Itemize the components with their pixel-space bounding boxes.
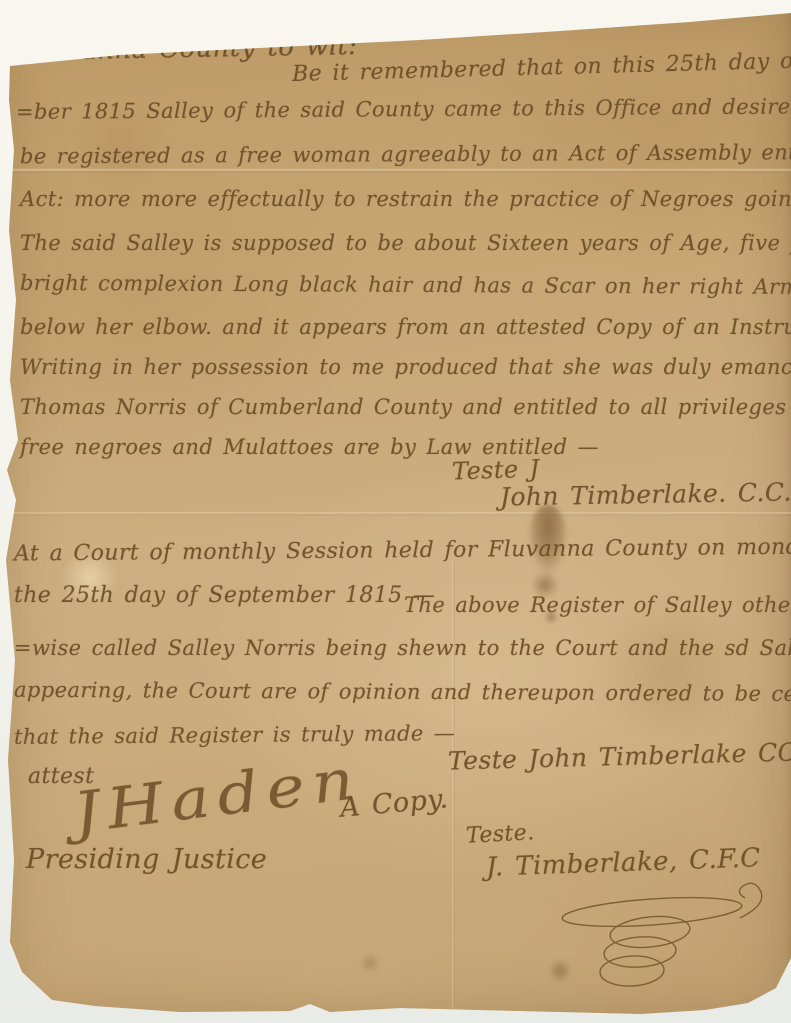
fold-crease — [452, 560, 455, 1020]
manuscript-line: be registered as a free woman agreeably … — [20, 140, 791, 169]
justice-signature: JHaden — [70, 747, 365, 847]
fold-crease — [0, 168, 791, 173]
teste-signature: Teste John Timberlake CC — [448, 737, 791, 775]
fold-crease — [0, 512, 791, 516]
scanned-document-page: Fluvanna County to wit: Be it remembered… — [0, 0, 791, 1023]
clerk-signature: John Timberlake. C.C. — [500, 477, 791, 511]
paper-sheet: Fluvanna County to wit: Be it remembered… — [0, 0, 791, 1023]
manuscript-line: appearing, the Court are of opinion and … — [14, 678, 791, 706]
teste-label: Teste J — [452, 454, 540, 485]
manuscript-line: The said Salley is supposed to be about … — [20, 231, 791, 255]
manuscript-line: Act: more more effectually to restrain t… — [20, 187, 791, 211]
manuscript-line: The above Register of Salley other= — [404, 593, 791, 617]
manuscript-line: that the said Register is truly made — — [14, 721, 455, 749]
manuscript-line: Thomas Norris of Cumberland County and e… — [20, 395, 791, 419]
manuscript-line: below her elbow. and it appears from an … — [20, 315, 791, 339]
manuscript-line: =ber 1815 Salley of the said County came… — [16, 94, 791, 124]
copy-teste-label: Teste. — [465, 820, 535, 849]
manuscript-line: =wise called Salley Norris being shewn t… — [14, 636, 791, 660]
age-stain — [360, 952, 380, 974]
manuscript-line: the 25th day of September 1815 — — [14, 583, 435, 608]
manuscript-line: At a Court of monthly Session held for F… — [14, 534, 791, 566]
justice-title: Presiding Justice — [26, 844, 267, 875]
manuscript-line: bright complexion Long black hair and ha… — [20, 271, 791, 299]
manuscript-line: Writing in her possession to me produced… — [20, 355, 791, 379]
manuscript-line: Be it remembered that on this 25th day o… — [292, 46, 791, 87]
clerk-copy-signature: J. Timberlake, C.F.C — [486, 843, 761, 883]
age-stain — [580, 610, 760, 730]
pen-flourish — [552, 882, 782, 1006]
